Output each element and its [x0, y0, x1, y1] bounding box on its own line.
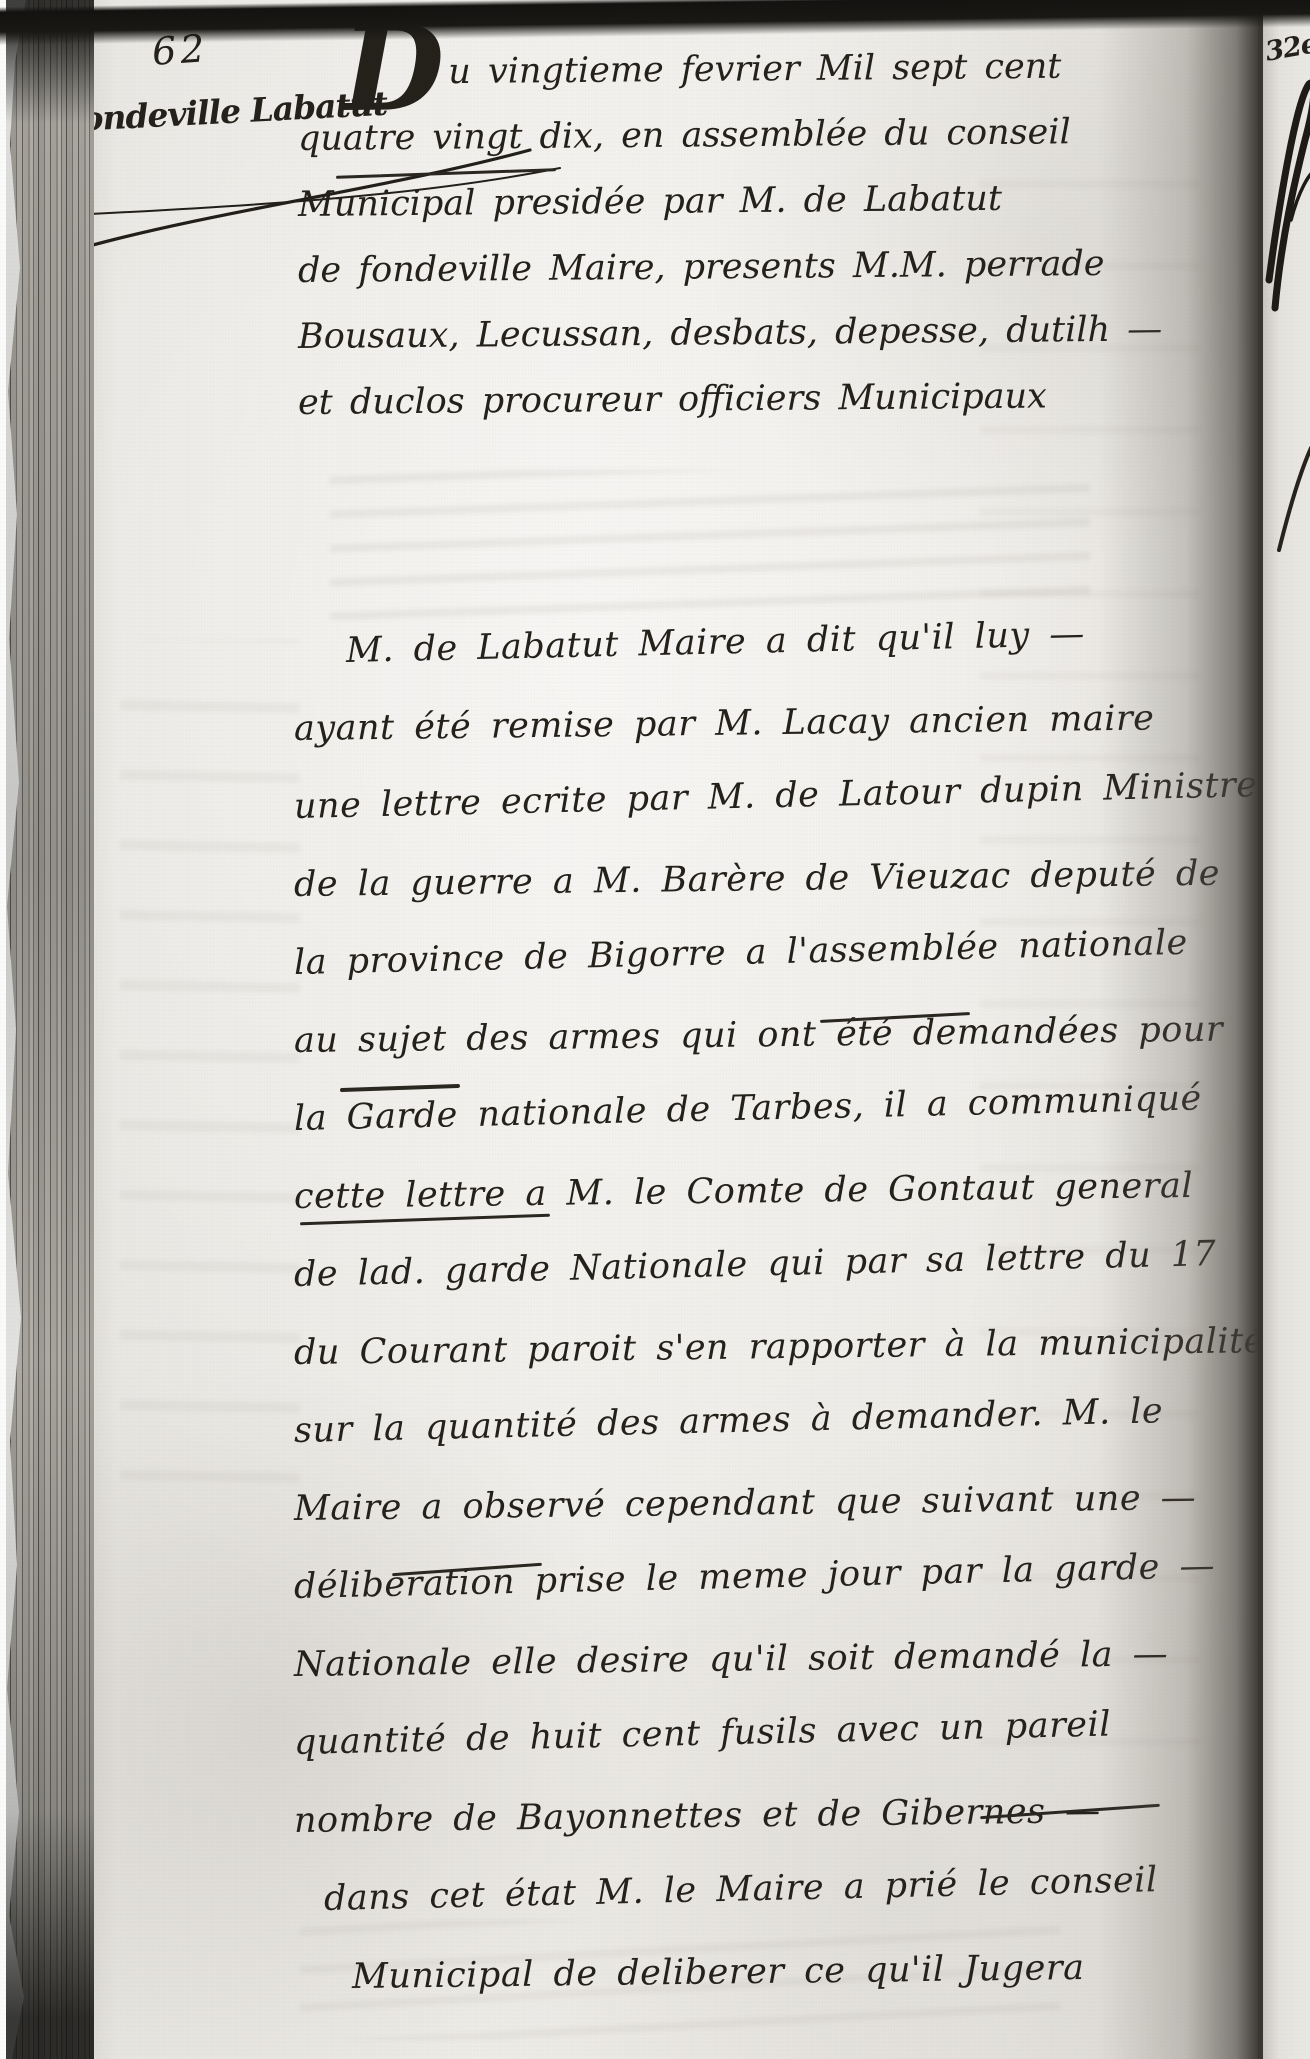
manuscript-scan: 62 fondeville Labatut Du vingtieme fevri…: [0, 0, 1310, 2059]
drop-cap: D: [342, 48, 445, 89]
manuscript-line-text: u vingtieme fevrier Mil sept cent: [448, 47, 1061, 92]
next-page-sliver: 32e f-: [1258, 0, 1310, 2059]
paragraph-opening: Du vingtieme fevrier Mil sept cent quatr…: [298, 40, 1162, 436]
book-spine-page-edges: [0, 0, 94, 2059]
manuscript-line: et duclos procureur officiers Municipaux: [298, 362, 1163, 436]
paragraph-lines: quatre vingt dix, en assemblée du consei…: [298, 106, 1162, 436]
manuscript-line: Du vingtieme fevrier Mil sept cent: [342, 33, 1163, 106]
manuscript-line: Bousaux, Lecussan, desbats, depesse, dut…: [298, 296, 1163, 370]
next-page-flourish-icon: [1271, 440, 1310, 560]
manuscript-line: de fondeville Maire, presents M.M. perra…: [298, 230, 1163, 304]
next-page-flourish-icon: [1263, 70, 1310, 330]
next-page-folio-number: 32e f-: [1263, 23, 1310, 67]
manuscript-line: quatre vingt dix, en assemblée du consei…: [298, 98, 1163, 172]
paragraph-body: M. de Labatut Maire a dit qu'il luy —aya…: [294, 612, 1265, 2016]
manuscript-line: Municipal de deliberer ce qu'il Jugera: [352, 1927, 1266, 2016]
